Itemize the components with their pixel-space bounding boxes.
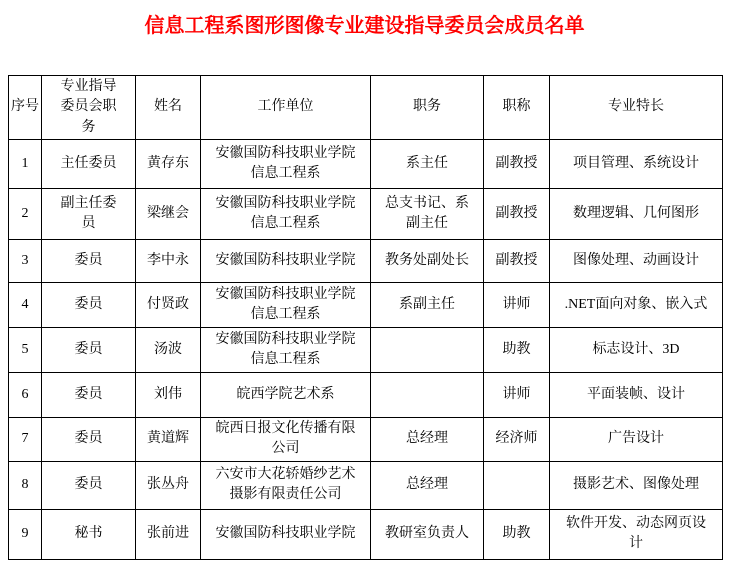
cell-duty: 总支书记、系 副主任 [371, 188, 484, 239]
cell-specialty: 项目管理、系统设计 [550, 139, 723, 188]
cell-professional-title: 讲师 [484, 372, 550, 417]
table-row: 3 委员 李中永 安徽国防科技职业学院 教务处副处长 副教授 图像处理、动画设计 [9, 239, 723, 282]
cell-duty: 总经理 [371, 417, 484, 461]
cell-seq: 7 [9, 417, 42, 461]
cell-professional-title [484, 461, 550, 509]
cell-duty [371, 372, 484, 417]
table-row: 6 委员 刘伟 皖西学院艺术系 讲师 平面装帧、设计 [9, 372, 723, 417]
cell-duty: 总经理 [371, 461, 484, 509]
cell-committee-role: 委员 [42, 239, 136, 282]
header-work-unit: 工作单位 [201, 76, 371, 140]
cell-committee-role: 委员 [42, 282, 136, 327]
header-specialty: 专业特长 [550, 76, 723, 140]
table-row: 1 主任委员 黄存东 安徽国防科技职业学院 信息工程系 系主任 副教授 项目管理… [9, 139, 723, 188]
header-name: 姓名 [136, 76, 201, 140]
cell-work-unit: 皖西学院艺术系 [201, 372, 371, 417]
cell-duty: 系副主任 [371, 282, 484, 327]
cell-work-unit: 安徽国防科技职业学院 信息工程系 [201, 139, 371, 188]
cell-specialty: 软件开发、动态网页设计 [550, 509, 723, 559]
cell-seq: 9 [9, 509, 42, 559]
cell-committee-role: 副主任委员 [42, 188, 136, 239]
table-row: 8 委员 张丛舟 六安市大花轿婚纱艺术 摄影有限责任公司 总经理 摄影艺术、图像… [9, 461, 723, 509]
cell-specialty: .NET面向对象、嵌入式 [550, 282, 723, 327]
members-table: 序号 专业指导委员会职务 姓名 工作单位 职务 职称 专业特长 1 主任委员 黄… [8, 75, 723, 560]
cell-committee-role: 主任委员 [42, 139, 136, 188]
cell-professional-title: 经济师 [484, 417, 550, 461]
cell-seq: 5 [9, 327, 42, 372]
cell-work-unit: 六安市大花轿婚纱艺术 摄影有限责任公司 [201, 461, 371, 509]
cell-seq: 2 [9, 188, 42, 239]
header-duty: 职务 [371, 76, 484, 140]
header-professional-title: 职称 [484, 76, 550, 140]
cell-specialty: 摄影艺术、图像处理 [550, 461, 723, 509]
cell-professional-title: 助教 [484, 327, 550, 372]
cell-committee-role: 委员 [42, 417, 136, 461]
header-seq: 序号 [9, 76, 42, 140]
cell-professional-title: 副教授 [484, 239, 550, 282]
cell-committee-role: 委员 [42, 372, 136, 417]
cell-seq: 3 [9, 239, 42, 282]
table-row: 9 秘书 张前进 安徽国防科技职业学院 教研室负责人 助教 软件开发、动态网页设… [9, 509, 723, 559]
table-row: 5 委员 汤波 安徽国防科技职业学院 信息工程系 助教 标志设计、3D [9, 327, 723, 372]
page-title: 信息工程系图形图像专业建设指导委员会成员名单 [0, 12, 729, 41]
cell-name: 付贤政 [136, 282, 201, 327]
cell-duty [371, 327, 484, 372]
cell-duty: 教研室负责人 [371, 509, 484, 559]
cell-name: 黄存东 [136, 139, 201, 188]
table-header-row: 序号 专业指导委员会职务 姓名 工作单位 职务 职称 专业特长 [9, 76, 723, 140]
header-committee-role: 专业指导委员会职务 [42, 76, 136, 140]
document-page: 信息工程系图形图像专业建设指导委员会成员名单 序号 专业指导委员会职务 姓名 工… [0, 12, 729, 560]
cell-name: 黄道辉 [136, 417, 201, 461]
cell-duty: 系主任 [371, 139, 484, 188]
cell-name: 张前进 [136, 509, 201, 559]
cell-specialty: 图像处理、动画设计 [550, 239, 723, 282]
cell-seq: 6 [9, 372, 42, 417]
cell-work-unit: 安徽国防科技职业学院 [201, 509, 371, 559]
cell-specialty: 数理逻辑、几何图形 [550, 188, 723, 239]
cell-work-unit: 安徽国防科技职业学院 [201, 239, 371, 282]
table-row: 7 委员 黄道辉 皖西日报文化传播有限 公司 总经理 经济师 广告设计 [9, 417, 723, 461]
table-row: 2 副主任委员 梁继会 安徽国防科技职业学院 信息工程系 总支书记、系 副主任 … [9, 188, 723, 239]
cell-professional-title: 讲师 [484, 282, 550, 327]
table-row: 4 委员 付贤政 安徽国防科技职业学院 信息工程系 系副主任 讲师 .NET面向… [9, 282, 723, 327]
cell-specialty: 平面装帧、设计 [550, 372, 723, 417]
cell-work-unit: 安徽国防科技职业学院 信息工程系 [201, 282, 371, 327]
cell-professional-title: 副教授 [484, 188, 550, 239]
cell-seq: 1 [9, 139, 42, 188]
cell-seq: 8 [9, 461, 42, 509]
cell-professional-title: 副教授 [484, 139, 550, 188]
cell-name: 李中永 [136, 239, 201, 282]
cell-professional-title: 助教 [484, 509, 550, 559]
cell-work-unit: 安徽国防科技职业学院 信息工程系 [201, 188, 371, 239]
cell-specialty: 标志设计、3D [550, 327, 723, 372]
cell-committee-role: 委员 [42, 327, 136, 372]
cell-seq: 4 [9, 282, 42, 327]
cell-duty: 教务处副处长 [371, 239, 484, 282]
cell-name: 汤波 [136, 327, 201, 372]
cell-name: 刘伟 [136, 372, 201, 417]
cell-work-unit: 皖西日报文化传播有限 公司 [201, 417, 371, 461]
cell-name: 梁继会 [136, 188, 201, 239]
cell-specialty: 广告设计 [550, 417, 723, 461]
cell-committee-role: 委员 [42, 461, 136, 509]
cell-name: 张丛舟 [136, 461, 201, 509]
cell-committee-role: 秘书 [42, 509, 136, 559]
cell-work-unit: 安徽国防科技职业学院 信息工程系 [201, 327, 371, 372]
